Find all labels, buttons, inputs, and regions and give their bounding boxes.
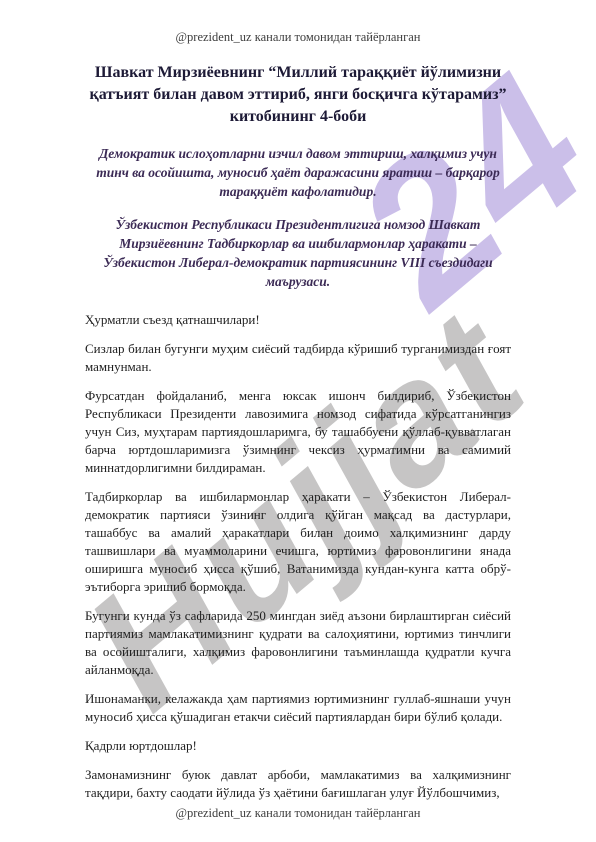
paragraph-party-future: Ишонаманки, келажакда ҳам партиямиз юрти… bbox=[85, 690, 511, 726]
paragraph-party-achievements: Тадбиркорлар ва ишбилармонлар ҳаракати –… bbox=[85, 488, 511, 596]
epigraph-source: Ўзбекистон Республикаси Президентлигига … bbox=[85, 215, 511, 291]
paragraph-statesman: Замонамизнинг буюк давлат арбоби, мамлак… bbox=[85, 766, 511, 802]
document-content: @prezident_uz канали томонидан тайёрланг… bbox=[0, 0, 596, 821]
document-title: Шавкат Мирзиёевнинг “Миллий тараққиёт йў… bbox=[85, 62, 511, 128]
document-page: Hujjat 24 @prezident_uz канали томонидан… bbox=[0, 0, 596, 842]
channel-credit-footer: @prezident_uz канали томонидан тайёрланг… bbox=[85, 806, 511, 821]
channel-credit-header: @prezident_uz канали томонидан тайёрланг… bbox=[85, 30, 511, 45]
paragraph-salutation-congress: Ҳурматли съезд қатнашчилари! bbox=[85, 311, 511, 329]
epigraph-quote: Демократик ислоҳотларни изчил давом этти… bbox=[85, 144, 511, 201]
paragraph-opening: Сизлар билан бугунги муҳим сиёсий тадбир… bbox=[85, 340, 511, 376]
paragraph-salutation-compatriots: Қадрли юртдошлар! bbox=[85, 737, 511, 755]
paragraph-party-members: Бугунги кунда ўз сафларида 250 мингдан з… bbox=[85, 607, 511, 679]
paragraph-gratitude: Фурсатдан фойдаланиб, менга юксак ишонч … bbox=[85, 387, 511, 477]
